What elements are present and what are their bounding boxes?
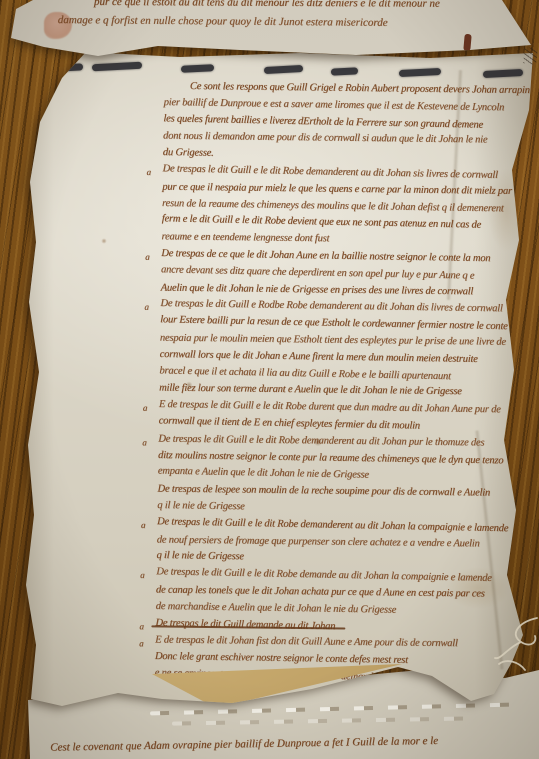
red-ink-mark (463, 34, 471, 52)
manuscript-photo: { "document_type": "medieval manuscript … (0, 0, 539, 759)
text-line: damage e q forfist en nulle chose pour q… (58, 11, 388, 33)
upper-membrane-wrapper: pur ce que il estoit au dit tens du dit … (0, 0, 539, 759)
pen-trial-marks (523, 47, 538, 65)
upper-membrane-text: pur ce que il estoit au dit tens du dit … (58, 0, 440, 33)
text-line-content: pur ce que il estoit au dit tens du dit … (94, 0, 440, 10)
sewing-thread (491, 612, 539, 676)
upper-membrane: pur ce que il estoit au dit tens du dit … (0, 0, 539, 759)
text-line-content: damage e q forfist en nulle chose pour q… (58, 14, 388, 29)
